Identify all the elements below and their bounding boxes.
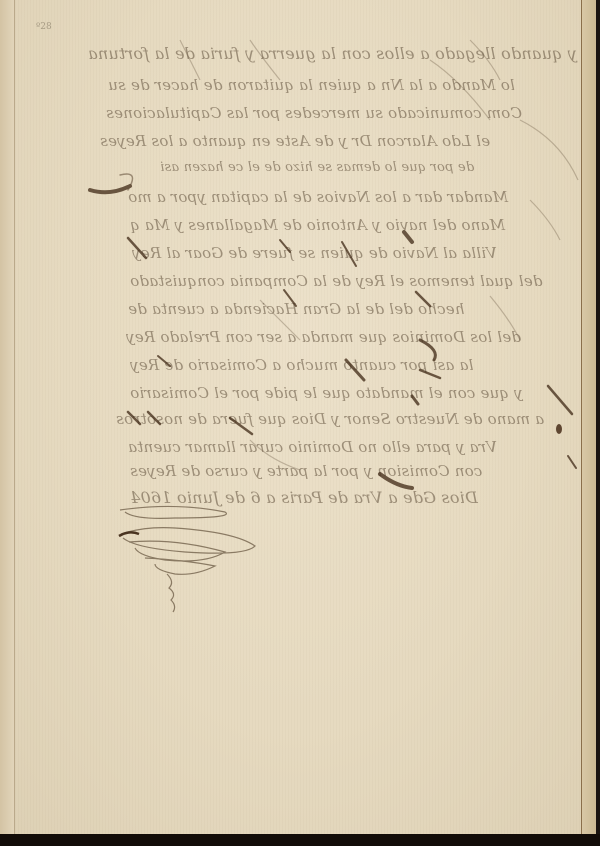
manuscript-page: º28 y quando llegado a ellos con la guer…	[0, 0, 596, 838]
ink-blot	[556, 424, 562, 434]
scan-background-edge	[0, 834, 600, 846]
signature-rubric	[115, 498, 265, 613]
ink-bleed-strokes	[0, 0, 596, 838]
